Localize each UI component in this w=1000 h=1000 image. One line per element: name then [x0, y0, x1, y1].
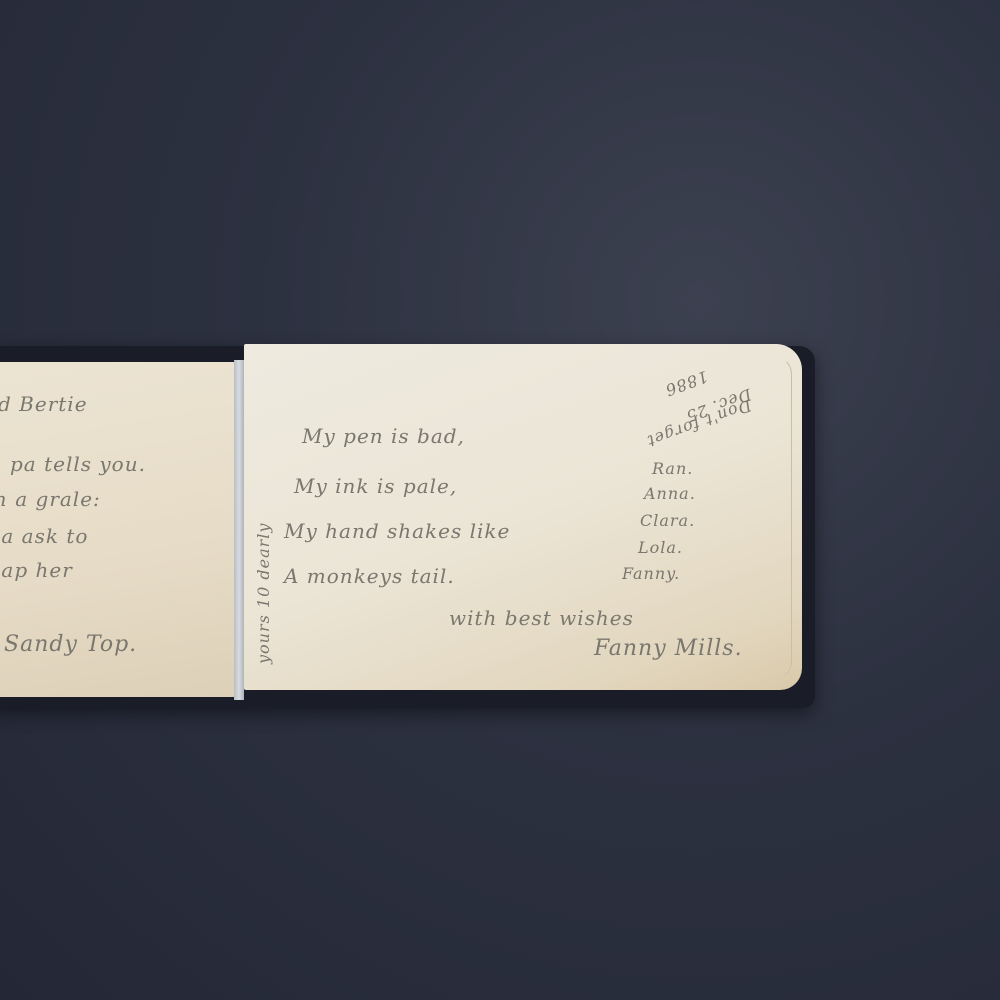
left-line: h a grale:: [0, 487, 101, 511]
name-entry: Lola.: [638, 538, 683, 557]
signature: Fanny Mills.: [594, 636, 743, 661]
poem-line: My hand shakes like: [284, 519, 510, 543]
left-line: la ask to: [0, 524, 88, 548]
poem-line: A monkeys tail.: [284, 564, 455, 588]
page-border-rule: [771, 356, 792, 678]
name-entry: Anna.: [644, 484, 696, 503]
left-line: pa tells you.: [10, 452, 146, 476]
margin-note: yours 10 dearly: [254, 523, 273, 664]
name-entry: Clara.: [640, 511, 695, 530]
left-page: d Bertie pa tells you. h a grale: la ask…: [0, 362, 235, 697]
left-signature: Sandy Top.: [4, 632, 137, 657]
name-entry: Ran.: [652, 459, 693, 478]
left-line: d Bertie: [0, 392, 88, 416]
name-entry: Fanny.: [622, 564, 680, 583]
poem-line: My pen is bad,: [302, 424, 465, 448]
autograph-album: d Bertie pa tells you. h a grale: la ask…: [0, 336, 825, 708]
book-gutter: [234, 360, 244, 700]
photo-scene: d Bertie pa tells you. h a grale: la ask…: [0, 0, 1000, 1000]
closing-line: with best wishes: [449, 606, 634, 630]
poem-line: My ink is pale,: [294, 474, 457, 498]
left-line: lap her: [0, 558, 73, 582]
corner-year: 1886: [662, 367, 711, 400]
right-page: yours 10 dearly My pen is bad, My ink is…: [244, 344, 802, 690]
